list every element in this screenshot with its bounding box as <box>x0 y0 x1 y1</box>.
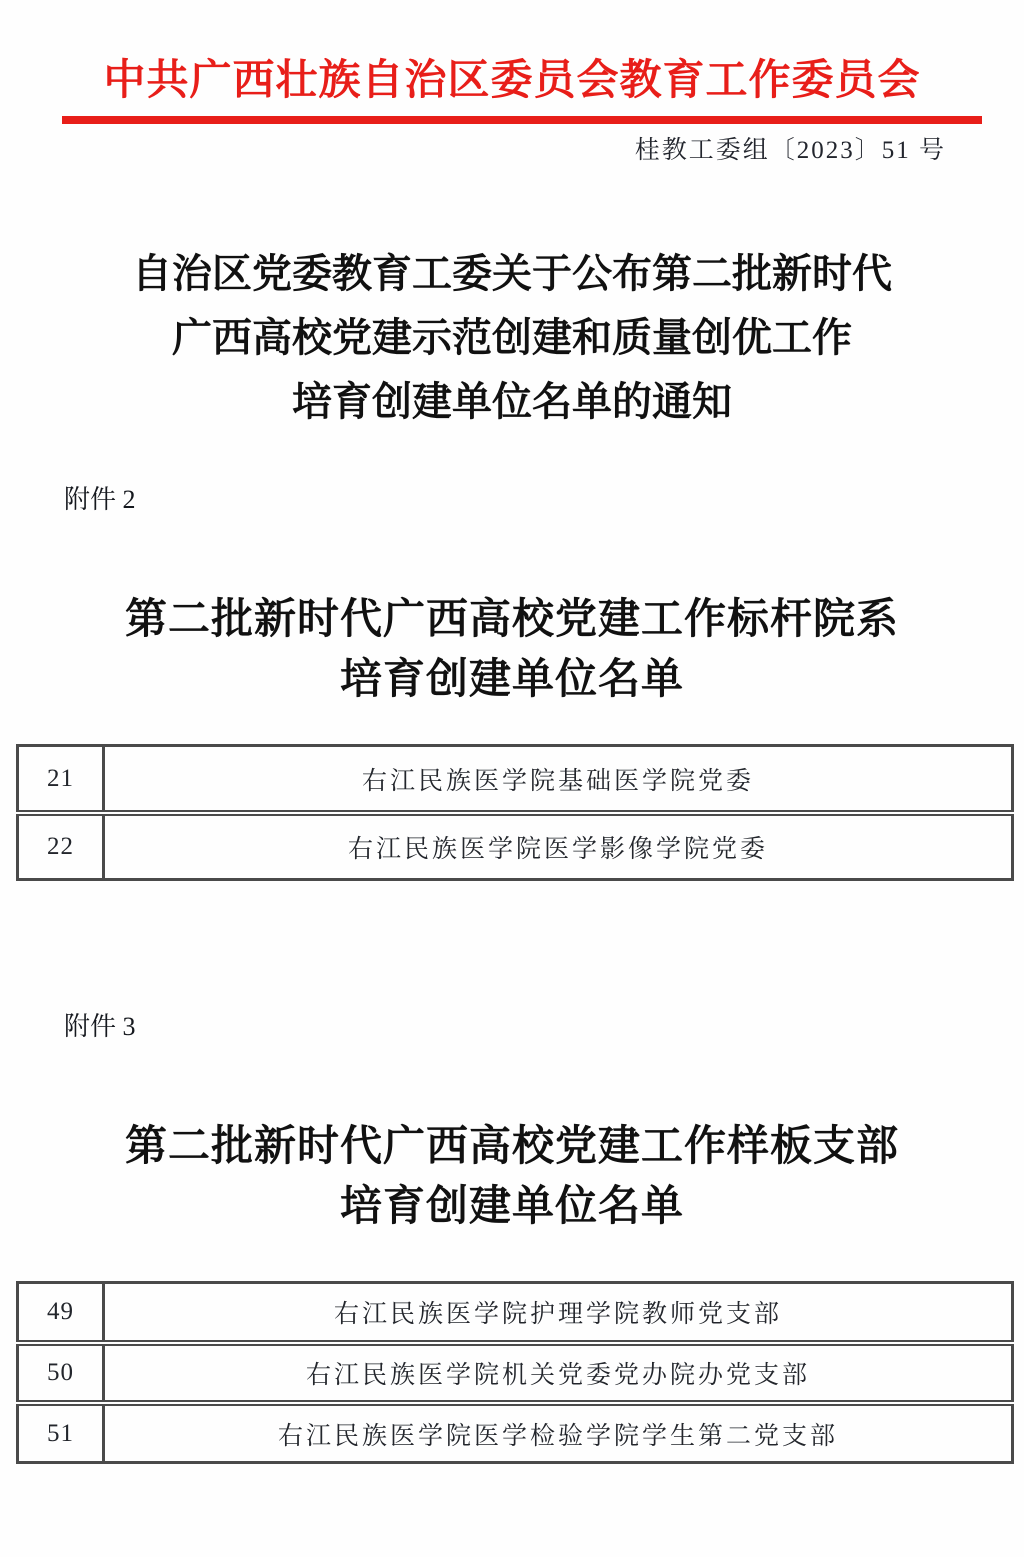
unit-name-cell: 右江民族医学院机关党委党办院办党支部 <box>104 1343 1013 1403</box>
attachment-2-heading: 第二批新时代广西高校党建工作标杆院系 培育创建单位名单 <box>0 590 1024 710</box>
letterhead: 中共广西壮族自治区委员会教育工作委员会 桂教工委组〔2023〕51 号 <box>0 0 1024 166</box>
attachment-2-section: 附件 2 第二批新时代广西高校党建工作标杆院系 培育创建单位名单 21 右江民族… <box>0 484 1024 881</box>
attachment-3-heading-line-2: 培育创建单位名单 <box>0 1177 1024 1237</box>
attachment-2-units-table: 21 右江民族医学院基础医学院党委 22 右江民族医学院医学影像学院党委 <box>16 744 1014 881</box>
notice-title-line-2: 广西高校党建示范创建和质量创优工作 <box>0 306 1024 370</box>
row-number-cell: 22 <box>18 813 104 880</box>
unit-name-cell: 右江民族医学院医学检验学院学生第二党支部 <box>104 1403 1013 1463</box>
table-row: 50 右江民族医学院机关党委党办院办党支部 <box>18 1343 1013 1403</box>
table-row: 22 右江民族医学院医学影像学院党委 <box>18 813 1013 880</box>
unit-name-cell: 右江民族医学院护理学院教师党支部 <box>104 1283 1013 1343</box>
unit-name-cell: 右江民族医学院基础医学院党委 <box>104 746 1013 813</box>
red-divider-rule <box>62 116 982 124</box>
unit-name-cell: 右江民族医学院医学影像学院党委 <box>104 813 1013 880</box>
row-number-cell: 51 <box>18 1403 104 1463</box>
row-number-cell: 49 <box>18 1283 104 1343</box>
document-page: 中共广西壮族自治区委员会教育工作委员会 桂教工委组〔2023〕51 号 自治区党… <box>0 0 1024 1557</box>
notice-title-line-3: 培育创建单位名单的通知 <box>0 370 1024 434</box>
attachment-2-heading-line-1: 第二批新时代广西高校党建工作标杆院系 <box>0 590 1024 650</box>
attachment-2-heading-line-2: 培育创建单位名单 <box>0 650 1024 710</box>
attachment-3-section: 附件 3 第二批新时代广西高校党建工作样板支部 培育创建单位名单 49 右江民族… <box>0 1011 1024 1464</box>
row-number-cell: 50 <box>18 1343 104 1403</box>
table-row: 49 右江民族医学院护理学院教师党支部 <box>18 1283 1013 1343</box>
attachment-3-label: 附件 3 <box>64 1011 1024 1043</box>
attachment-2-label: 附件 2 <box>64 484 1024 516</box>
attachment-3-heading: 第二批新时代广西高校党建工作样板支部 培育创建单位名单 <box>0 1117 1024 1237</box>
notice-title: 自治区党委教育工委关于公布第二批新时代 广西高校党建示范创建和质量创优工作 培育… <box>0 242 1024 434</box>
notice-title-line-1: 自治区党委教育工委关于公布第二批新时代 <box>0 242 1024 306</box>
table-row: 21 右江民族医学院基础医学院党委 <box>18 746 1013 813</box>
document-reference-number: 桂教工委组〔2023〕51 号 <box>0 136 1024 166</box>
row-number-cell: 21 <box>18 746 104 813</box>
attachment-3-units-table: 49 右江民族医学院护理学院教师党支部 50 右江民族医学院机关党委党办院办党支… <box>16 1281 1014 1464</box>
attachment-3-heading-line-1: 第二批新时代广西高校党建工作样板支部 <box>0 1117 1024 1177</box>
issuing-org-title: 中共广西壮族自治区委员会教育工作委员会 <box>0 0 1024 106</box>
table-row: 51 右江民族医学院医学检验学院学生第二党支部 <box>18 1403 1013 1463</box>
